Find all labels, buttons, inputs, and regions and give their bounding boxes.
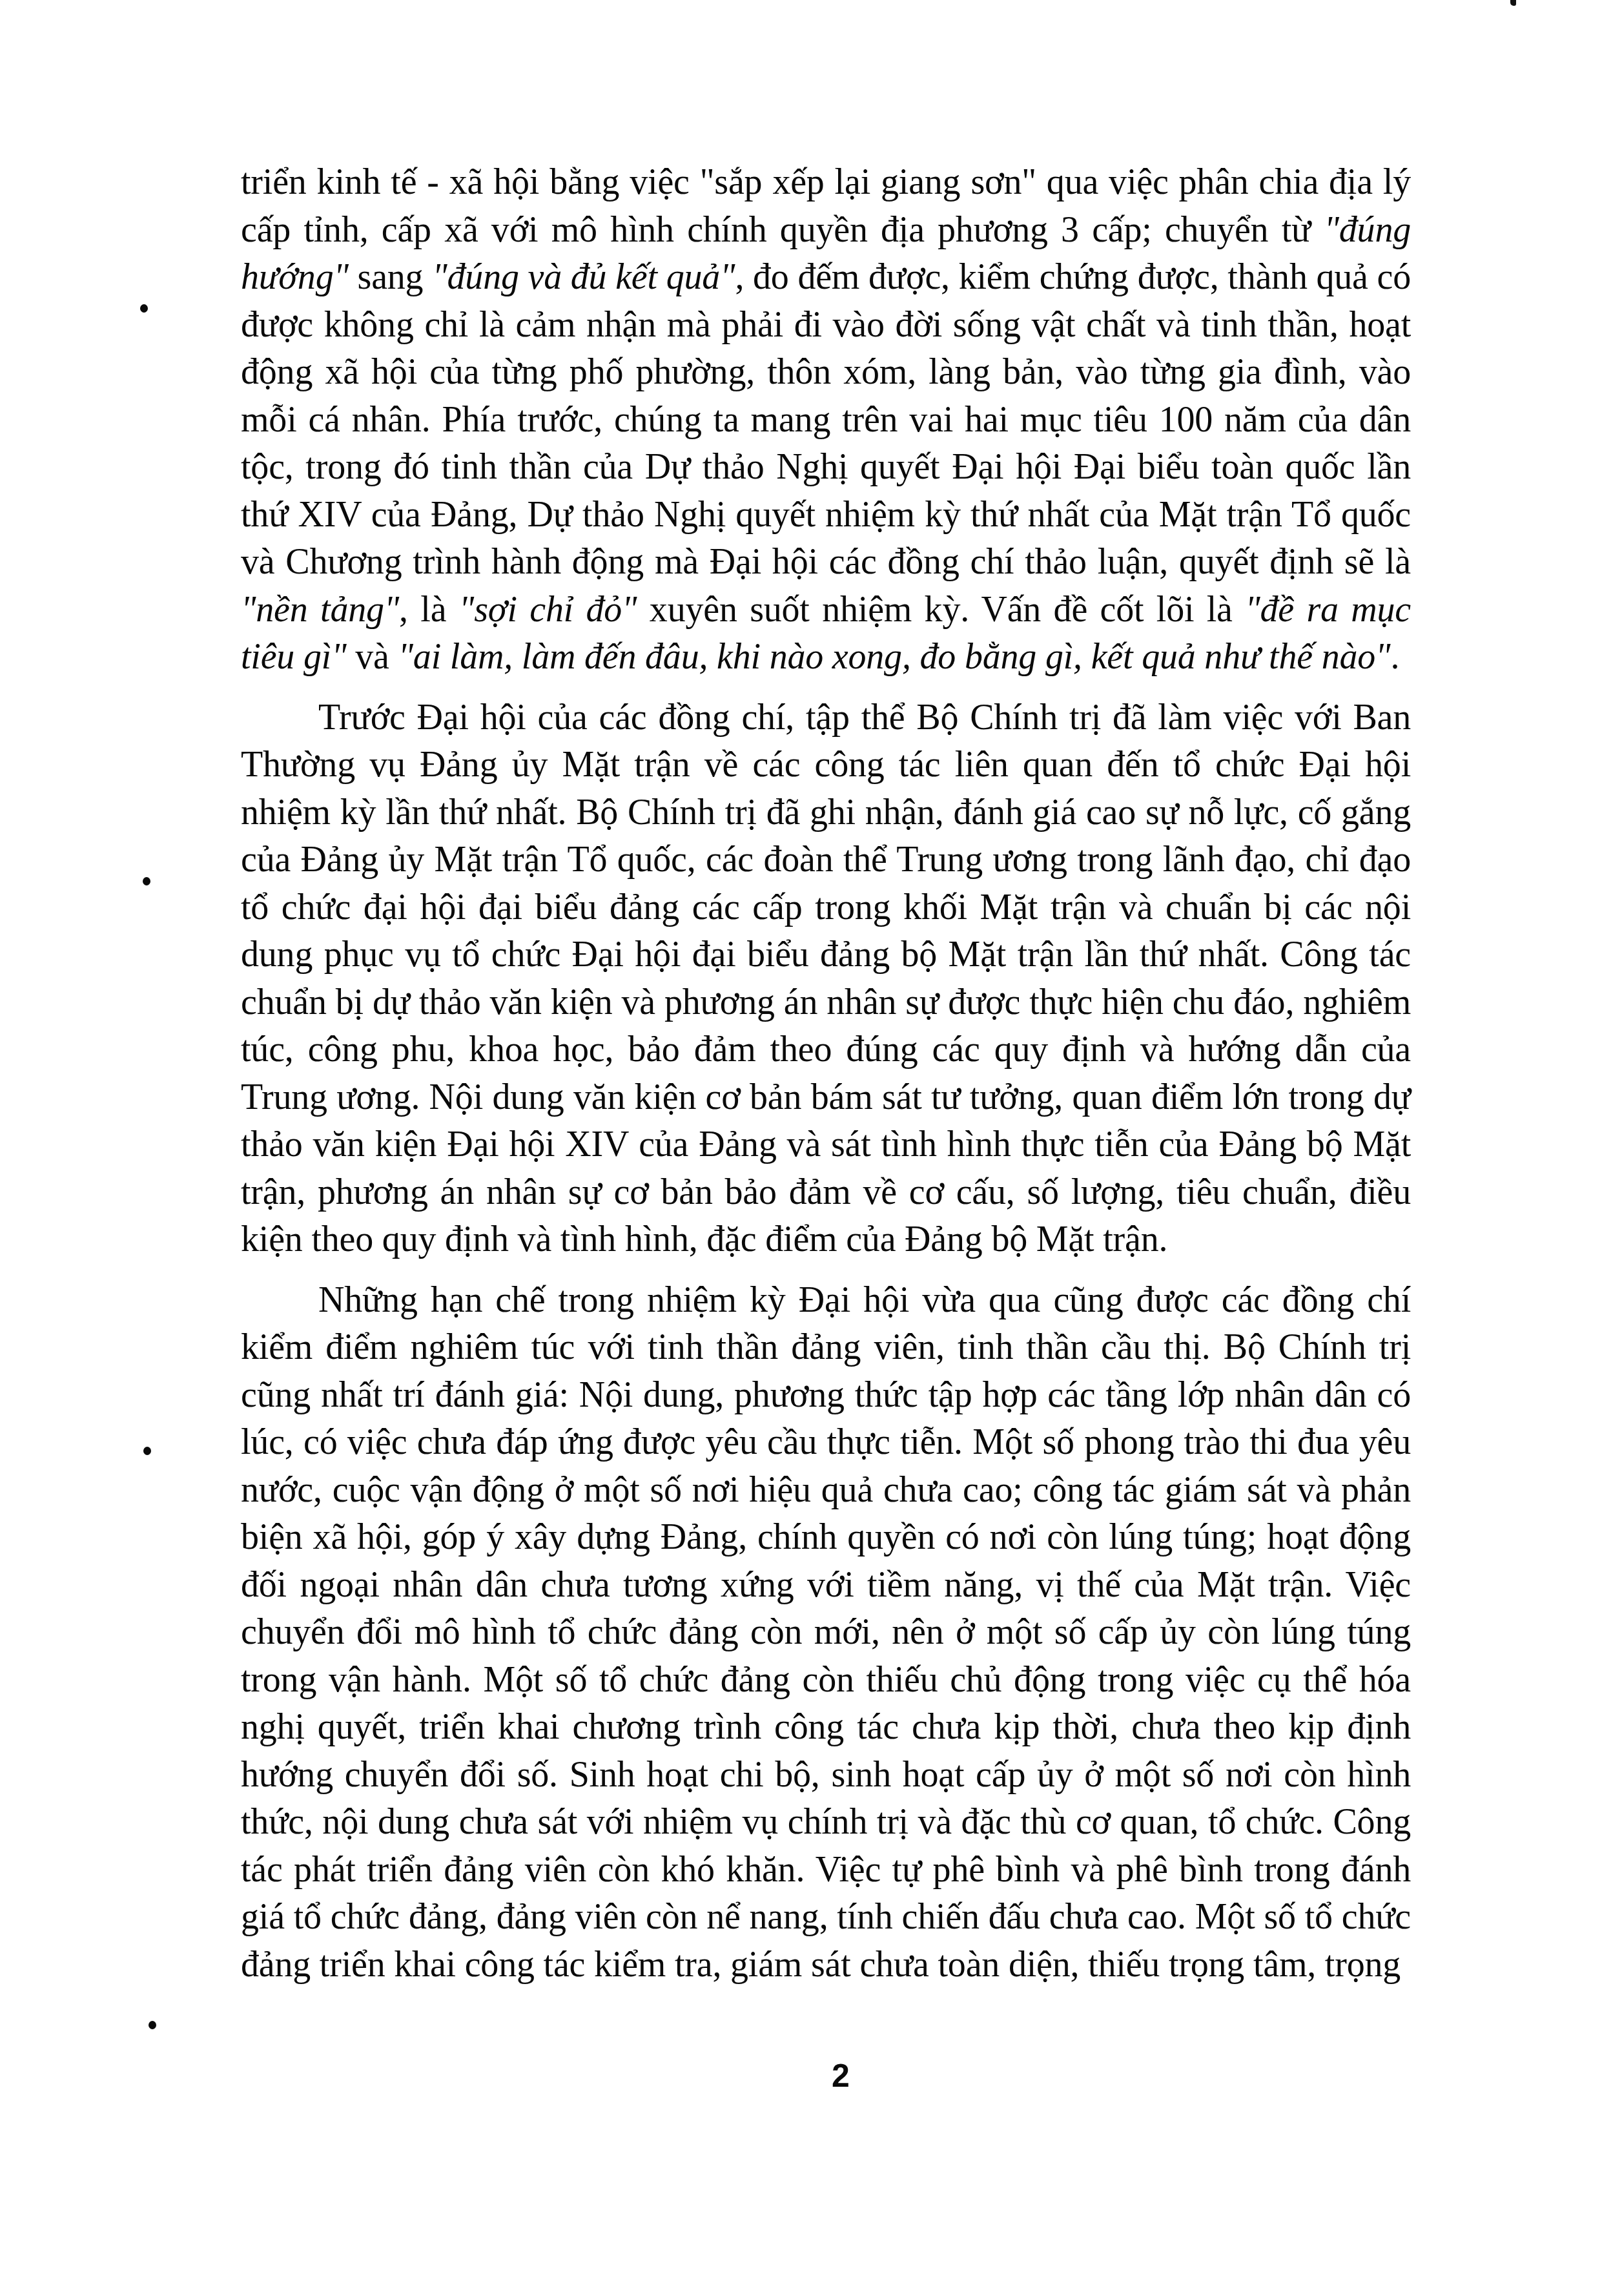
text-segment: , là bbox=[399, 590, 459, 630]
binder-hole-dot bbox=[143, 1447, 151, 1455]
binder-hole-dot bbox=[140, 304, 148, 313]
italic-quote-ai-lam: "ai làm, làm đến đâu, khi nào xong, đo b… bbox=[398, 637, 1391, 677]
italic-quote-dung-va-du-ket-qua: "đúng và đủ kết quả" bbox=[432, 257, 735, 297]
italic-quote-nen-tang: "nền tảng" bbox=[241, 590, 399, 630]
text-segment: sang bbox=[349, 257, 432, 297]
text-segment: xuyên suốt nhiệm kỳ. Vấn đề cốt lõi là bbox=[637, 590, 1245, 630]
paragraph-3: Những hạn chế trong nhiệm kỳ Đại hội vừa… bbox=[241, 1277, 1411, 1989]
binder-hole-dot bbox=[143, 877, 150, 885]
paragraph-1: triển kinh tế - xã hội bằng việc "sắp xế… bbox=[241, 159, 1411, 681]
binder-hole-dot bbox=[149, 2021, 156, 2029]
body-text: triển kinh tế - xã hội bằng việc "sắp xế… bbox=[241, 159, 1411, 1989]
text-segment: và bbox=[346, 637, 398, 677]
scan-corner-mark bbox=[1510, 0, 1516, 6]
paragraph-2: Trước Đại hội của các đồng chí, tập thể … bbox=[241, 694, 1411, 1264]
page-number: 2 bbox=[826, 2058, 855, 2094]
text-segment: Những hạn chế trong nhiệm kỳ Đại hội vừa… bbox=[241, 1280, 1411, 1985]
document-page: triển kinh tế - xã hội bằng việc "sắp xế… bbox=[0, 0, 1622, 2296]
italic-quote-soi-chi-do: "sợi chỉ đỏ" bbox=[459, 590, 637, 630]
text-segment: triển kinh tế - xã hội bằng việc "sắp xế… bbox=[241, 162, 1411, 250]
text-segment: . bbox=[1390, 637, 1399, 677]
text-segment: Trước Đại hội của các đồng chí, tập thể … bbox=[241, 698, 1411, 1260]
text-segment: , đo đếm được, kiểm chứng được, thành qu… bbox=[241, 257, 1411, 582]
